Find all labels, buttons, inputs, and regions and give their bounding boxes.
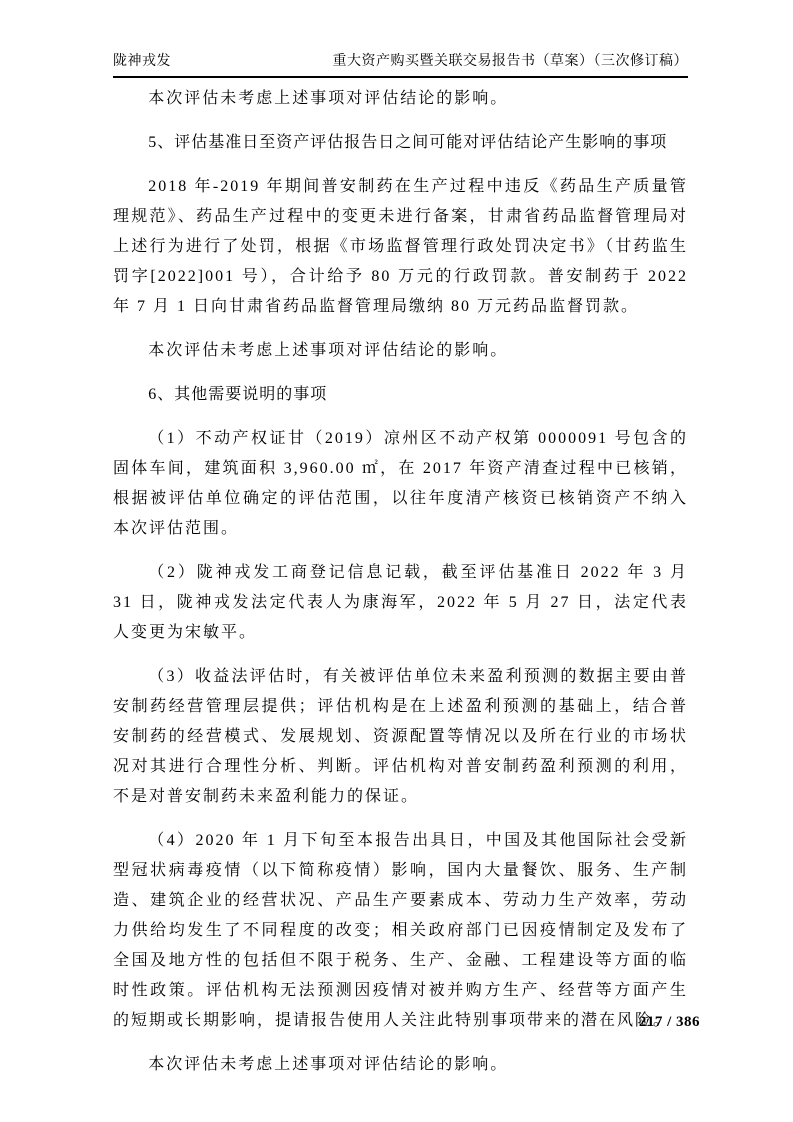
header-company-name: 陇神戎发 [113, 50, 171, 70]
paragraph-item-3-income-method: （3）收益法评估时，有关被评估单位未来盈利预测的数据主要由普安制药经营管理层提供… [113, 662, 688, 812]
section-heading-5: 5、评估基准日至资产评估报告日之间可能对评估结论产生影响的事项 [113, 128, 688, 158]
paragraph-item-2-registration: （2）陇神戎发工商登记信息记载，截至评估基准日 2022 年 3 月 31 日，… [113, 558, 688, 648]
page-number: 217 / 386 [639, 1014, 700, 1031]
paragraph-assessment-note: 本次评估未考虑上述事项对评估结论的影响。 [113, 336, 688, 366]
page-header: 陇神戎发 重大资产购买暨关联交易报告书（草案）（三次修订稿） [113, 50, 688, 78]
document-page: 陇神戎发 重大资产购买暨关联交易报告书（草案）（三次修订稿） 本次评估未考虑上述… [0, 0, 793, 1122]
paragraph-item-1-property: （1）不动产权证甘（2019）凉州区不动产权第 0000091 号包含的固体车间… [113, 424, 688, 544]
header-report-title: 重大资产购买暨关联交易报告书（草案）（三次修订稿） [333, 50, 689, 70]
paragraph-assessment-note: 本次评估未考虑上述事项对评估结论的影响。 [113, 1050, 688, 1080]
paragraph-assessment-note: 本次评估未考虑上述事项对评估结论的影响。 [113, 84, 688, 114]
section-heading-6: 6、其他需要说明的事项 [113, 380, 688, 410]
document-body: 本次评估未考虑上述事项对评估结论的影响。 5、评估基准日至资产评估报告日之间可能… [113, 84, 688, 1094]
paragraph-penalty-detail: 2018 年-2019 年期间普安制药在生产过程中违反《药品生产质量管理规范》、… [113, 172, 688, 322]
paragraph-item-4-pandemic: （4）2020 年 1 月下旬至本报告出具日，中国及其他国际社会受新型冠状病毒疫… [113, 826, 688, 1036]
